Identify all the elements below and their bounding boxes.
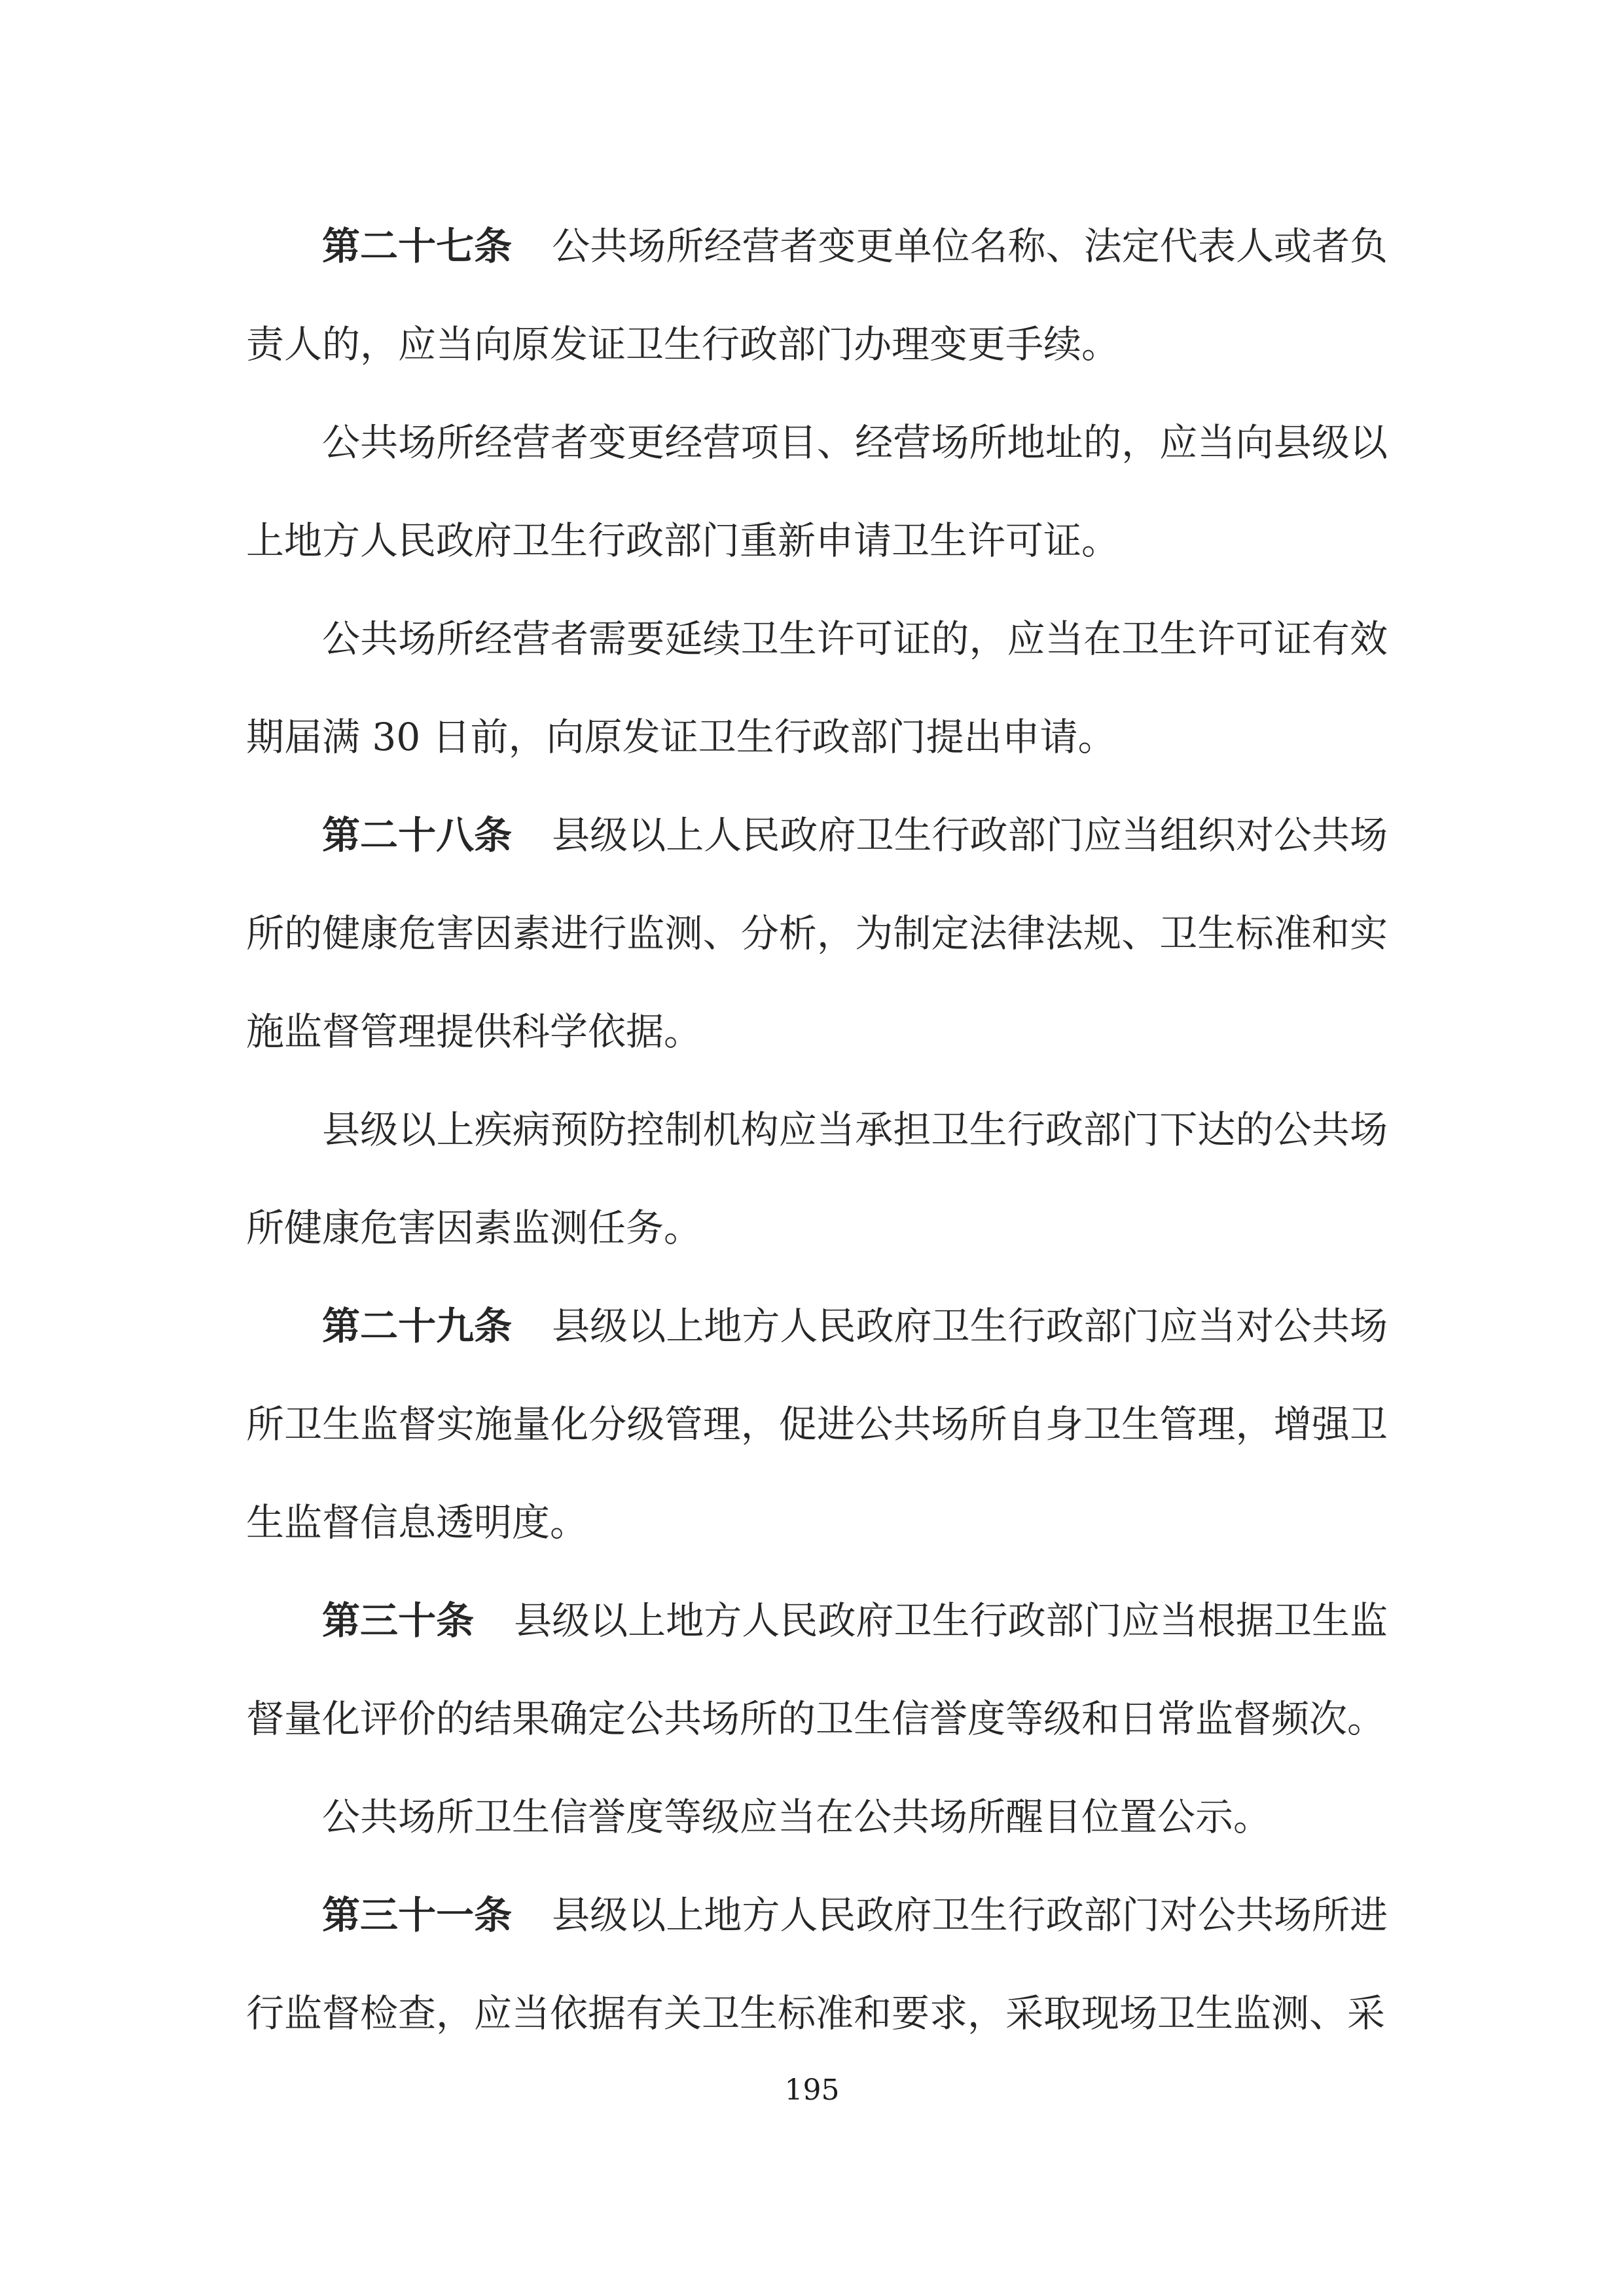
page-footer: 195 (0, 2073, 1624, 2108)
paragraph: 县级以上疾病预防控制机构应当承担卫生行政部门下达的公共场所健康危害因素监测任务。 (246, 1081, 1388, 1277)
paragraph-text: 公共场所经营者变更经营项目、经营场所地址的，应当向县级以上地方人民政府卫生行政部… (246, 420, 1388, 563)
paragraph: 公共场所卫生信誉度等级应当在公共场所醒目位置公示。 (246, 1768, 1388, 1866)
article-number: 第三十条 (322, 1598, 474, 1643)
paragraph: 第二十九条县级以上地方人民政府卫生行政部门应当对公共场所卫生监督实施量化分级管理… (246, 1277, 1388, 1571)
paragraph: 第二十七条公共场所经营者变更单位名称、法定代表人或者负责人的，应当向原发证卫生行… (246, 197, 1388, 393)
paragraph: 第二十八条县级以上人民政府卫生行政部门应当组织对公共场所的健康危害因素进行监测、… (246, 786, 1388, 1081)
paragraph: 公共场所经营者需要延续卫生许可证的，应当在卫生许可证有效期届满 30 日前，向原… (246, 590, 1388, 786)
article-number: 第二十七条 (322, 224, 512, 268)
paragraph-text: 县级以上疾病预防控制机构应当承担卫生行政部门下达的公共场所健康危害因素监测任务。 (246, 1107, 1388, 1250)
page-number: 195 (785, 2073, 840, 2108)
document-body: 第二十七条公共场所经营者变更单位名称、法定代表人或者负责人的，应当向原发证卫生行… (246, 197, 1388, 2062)
document-page: 第二十七条公共场所经营者变更单位名称、法定代表人或者负责人的，应当向原发证卫生行… (0, 0, 1624, 2296)
article-number: 第二十八条 (322, 813, 512, 857)
article-number: 第二十九条 (322, 1304, 512, 1348)
paragraph: 公共场所经营者变更经营项目、经营场所地址的，应当向县级以上地方人民政府卫生行政部… (246, 393, 1388, 590)
paragraph: 第三十一条县级以上地方人民政府卫生行政部门对公共场所进行监督检查，应当依据有关卫… (246, 1866, 1388, 2062)
paragraph-text: 公共场所经营者需要延续卫生许可证的，应当在卫生许可证有效期届满 30 日前，向原… (246, 617, 1388, 759)
paragraph-text: 公共场所卫生信誉度等级应当在公共场所醒目位置公示。 (322, 1795, 1271, 1839)
article-number: 第三十一条 (322, 1893, 512, 1937)
paragraph: 第三十条县级以上地方人民政府卫生行政部门应当根据卫生监督量化评价的结果确定公共场… (246, 1571, 1388, 1768)
